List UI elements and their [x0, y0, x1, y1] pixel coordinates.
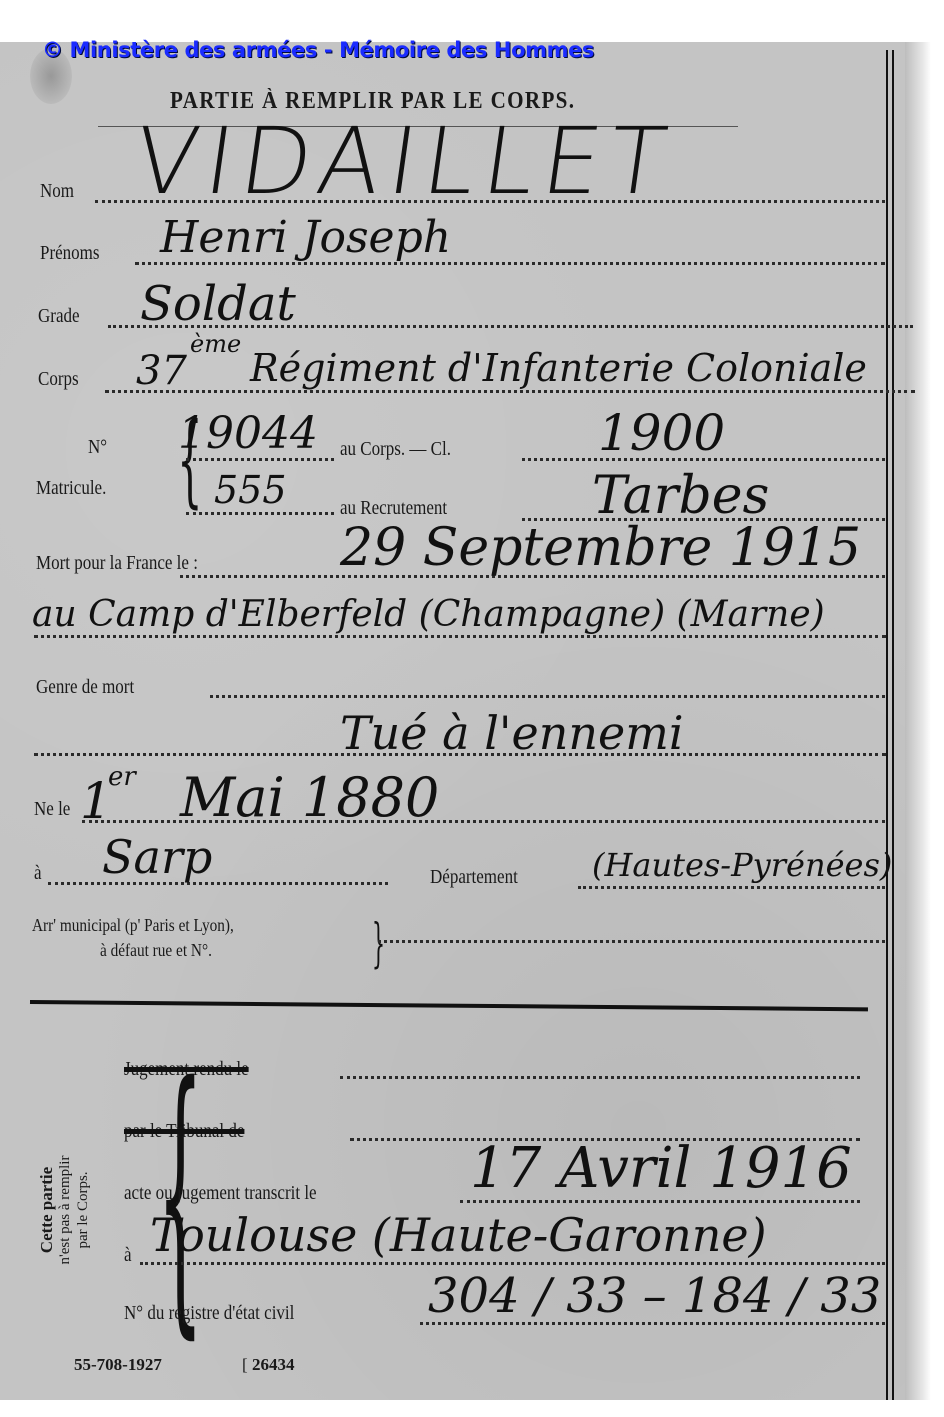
entry-corps-number: 37	[136, 348, 187, 394]
label-no-registre: N° du registre d'état civil	[124, 1302, 294, 1325]
matricule-recrutement-line	[186, 512, 334, 515]
label-jugement-rendu: Jugement rendu le	[124, 1058, 249, 1081]
label-a-naissance: à	[34, 862, 42, 885]
print-number-bracket: [	[242, 1355, 248, 1375]
jugement-line	[340, 1076, 860, 1079]
label-departement: Département	[430, 866, 518, 889]
entry-classe: 1900	[598, 404, 725, 462]
genre-line-1	[210, 695, 885, 698]
label-matricule: Matricule.	[36, 477, 106, 500]
label-au-recrutement: au Recrutement	[340, 497, 447, 520]
entry-lieu-deces: au Camp d'Elberfeld (Champagne) (Marne)	[32, 594, 825, 635]
corps-line	[105, 390, 915, 393]
label-ne-le: Ne le	[34, 798, 70, 821]
label-nom: Nom	[40, 180, 74, 203]
side-note-line-1: Cette partie	[38, 1156, 56, 1265]
arr-brace: }	[372, 918, 385, 970]
right-border-line-2	[892, 50, 894, 1400]
label-acte-transcrit: acte ou jugement transcrit le	[124, 1182, 317, 1205]
entry-matricule-corps: 19044	[178, 408, 318, 459]
label-au-corps-classe: au Corps. — Cl.	[340, 438, 451, 461]
copyright-watermark: © Ministère des armées - Mémoire des Hom…	[42, 38, 594, 62]
entry-date-deces: 29 Septembre 1915	[340, 518, 861, 578]
label-genre-de-mort: Genre de mort	[36, 676, 134, 699]
entry-transcription-date: 17 Avril 1916	[470, 1136, 852, 1201]
entry-registre: 304 / 33 – 184 / 33	[428, 1268, 881, 1324]
entry-transcription-lieu: Toulouse (Haute-Garonne)	[150, 1208, 767, 1262]
entry-recrutement: Tarbes	[592, 466, 769, 526]
entry-prenoms: Henri Joseph	[160, 212, 451, 263]
entry-nom: VIDAILLET	[127, 108, 680, 215]
label-par-le-tribunal: par le Tribunal de	[124, 1120, 244, 1143]
print-code: 55-708-1927	[74, 1355, 162, 1375]
transcription-lieu-line	[140, 1262, 885, 1265]
label-no: N°	[88, 436, 107, 459]
departement-line	[578, 886, 885, 889]
entry-corps: Régiment d'Infanterie Coloniale	[250, 346, 867, 390]
paper-edge	[905, 42, 931, 1400]
entry-naissance-rest: Mai 1880	[180, 766, 439, 829]
side-note-line-2: n'est pas à remplir	[56, 1156, 74, 1265]
label-grade: Grade	[38, 305, 80, 328]
print-number: 26434	[252, 1355, 295, 1375]
entry-genre-de-mort: Tué à l'ennemi	[340, 706, 684, 760]
right-border-line	[886, 50, 888, 1400]
arr-line	[378, 940, 885, 943]
mort-lieu-line	[34, 635, 886, 638]
entry-naissance-sup: er	[108, 762, 136, 792]
lieu-naissance-line	[48, 882, 388, 885]
label-mort-pour-la-france: Mort pour la France le :	[36, 552, 198, 575]
label-prenoms: Prénoms	[40, 242, 100, 265]
label-arr-municipal: Arr' municipal (p' Paris et Lyon),	[32, 915, 234, 936]
entry-lieu-naissance: Sarp	[102, 830, 212, 884]
entry-matricule-recrutement: 555	[214, 468, 287, 512]
label-a-defaut: à défaut rue et N°.	[100, 940, 212, 961]
side-note: Cette partie n'est pas à remplir par le …	[20, 1100, 110, 1320]
entry-grade: Soldat	[140, 276, 296, 332]
side-note-line-3: par le Corps.	[74, 1156, 92, 1265]
label-a-transcription: à	[124, 1244, 132, 1267]
entry-departement: (Hautes-Pyrénées)	[592, 846, 892, 884]
entry-corps-superscript: ème	[190, 330, 241, 358]
label-corps: Corps	[38, 368, 79, 391]
